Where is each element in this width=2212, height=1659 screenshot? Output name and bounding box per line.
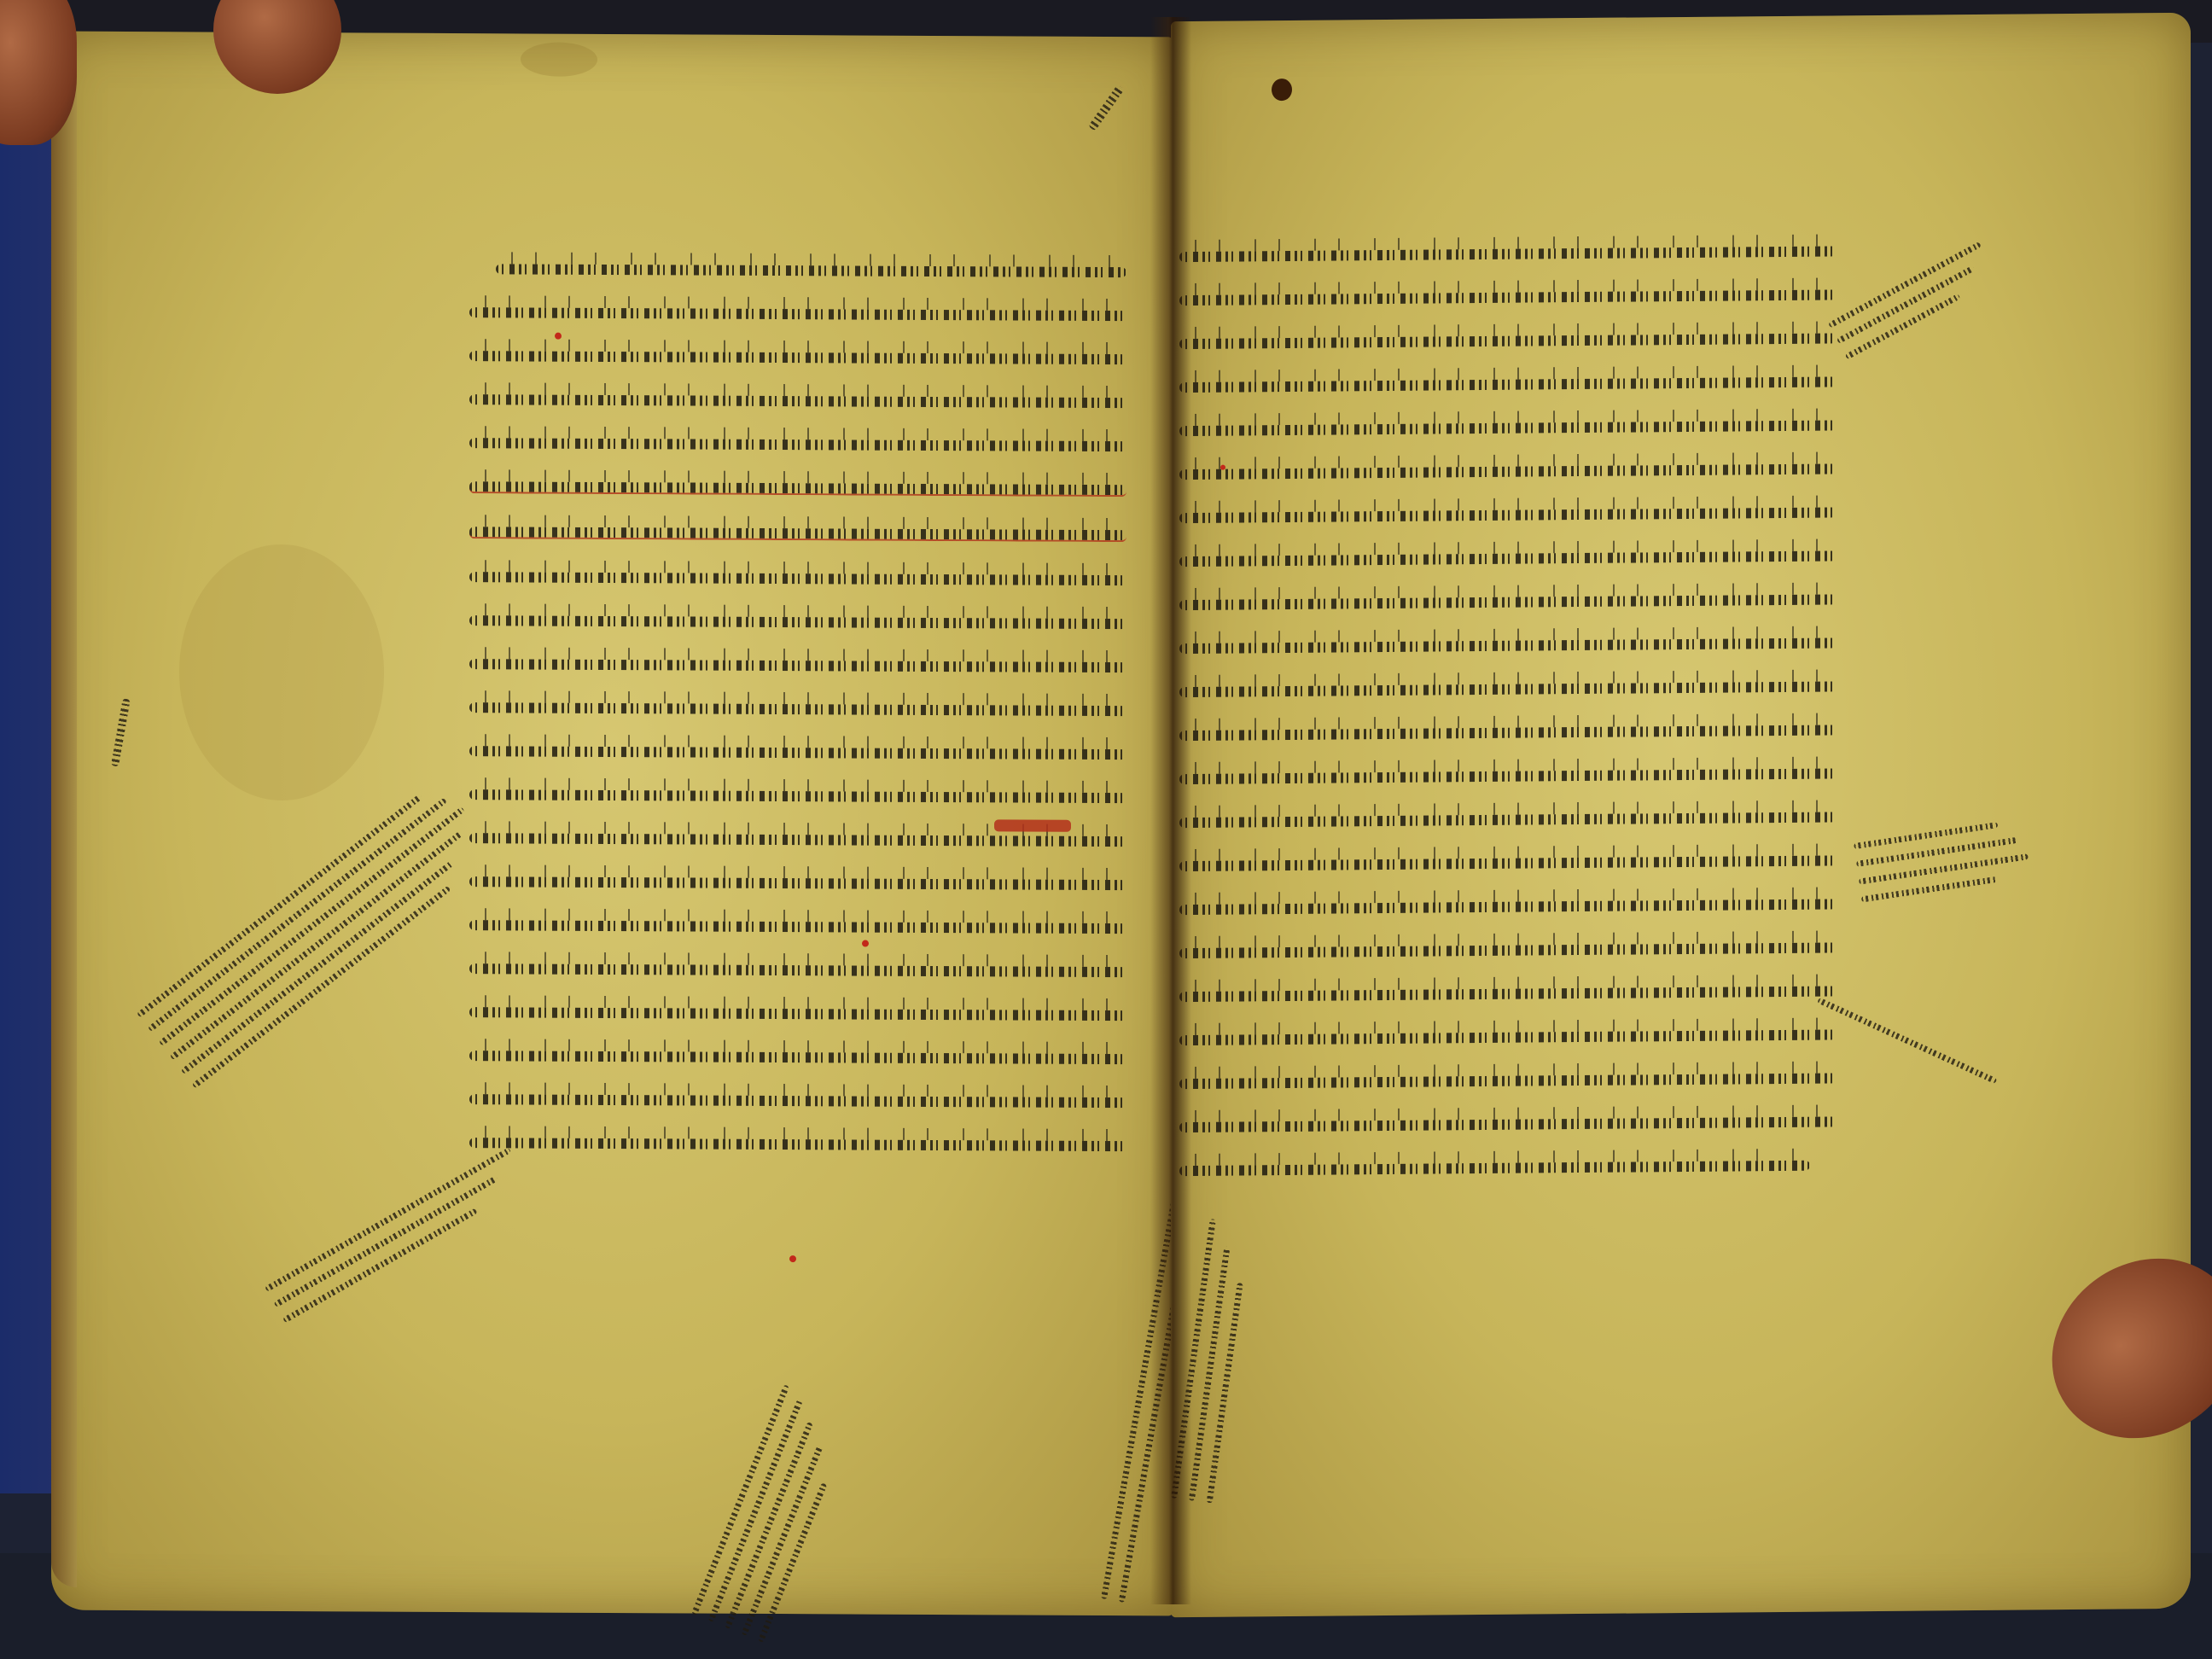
red-verse-marker <box>862 940 869 947</box>
top-right-gloss <box>1828 242 1999 359</box>
book-gutter <box>1150 17 1191 1604</box>
far-left-note <box>111 698 131 766</box>
bottom-center-gloss <box>691 1384 856 1643</box>
right-page <box>1171 13 2191 1617</box>
red-verse-marker <box>555 333 562 340</box>
ink-stain <box>1272 79 1292 101</box>
paper-stain <box>179 544 384 800</box>
left-page <box>51 32 1173 1616</box>
red-rubric-word <box>994 819 1071 831</box>
paper-stain <box>521 42 597 76</box>
right-main-text <box>1179 246 1837 1209</box>
right-lower-gloss <box>1817 998 1997 1085</box>
left-main-text <box>469 264 1126 1185</box>
page-edges <box>51 51 77 1587</box>
left-margin-gloss <box>137 778 498 1089</box>
left-lower-gloss <box>265 1147 529 1323</box>
catchword-note <box>1088 84 1125 131</box>
photo-scene: Photograph of an open Arabic-script manu… <box>0 0 2212 1659</box>
right-margin-gloss <box>1854 818 2031 903</box>
red-verse-marker <box>1220 465 1225 470</box>
red-verse-marker <box>789 1255 796 1262</box>
